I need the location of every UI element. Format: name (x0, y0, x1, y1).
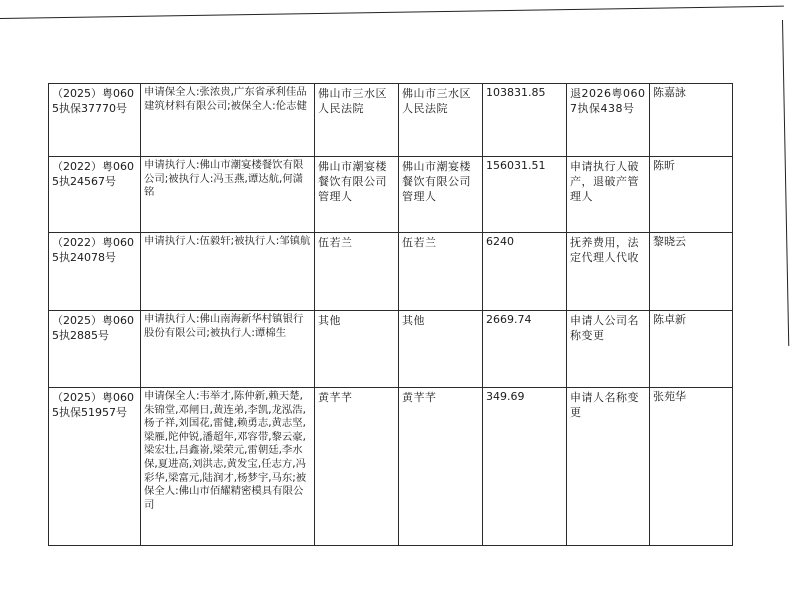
handler-cell: 张苑华 (650, 388, 733, 546)
reason-cell: 退2026粤0607执保438号 (567, 84, 650, 157)
reason-cell: 申请人名称变更 (567, 388, 650, 546)
case-number-cell: （2022）粤0605执24567号 (49, 157, 141, 233)
reason-cell: 抚养费用，法定代理人代收 (567, 233, 650, 311)
amount-cell: 156031.51 (483, 157, 567, 233)
payee-cell: 黄芊芊 (315, 388, 399, 546)
table-row: （2025）粤0605执保51957号 申请保全人:韦举才,陈仲新,赖天楚,朱锦… (49, 388, 733, 546)
amount-cell: 6240 (483, 233, 567, 311)
handler-cell: 黎晓云 (650, 233, 733, 311)
case-number-cell: （2025）粤0605执保37770号 (49, 84, 141, 157)
handler-cell: 陈卓新 (650, 311, 733, 388)
recipient-cell: 其他 (399, 311, 483, 388)
scan-page-edge-right (782, 20, 789, 346)
parties-cell: 申请保全人:张浓贵,广东省承利佳品建筑材料有限公司;被保全人:伦志健 (141, 84, 315, 157)
table-row: （2022）粤0605执24078号 申请执行人:伍毅轩;被执行人:邹镇航 伍若… (49, 233, 733, 311)
payee-cell: 伍若兰 (315, 233, 399, 311)
refund-records-table: （2025）粤0605执保37770号 申请保全人:张浓贵,广东省承利佳品建筑材… (48, 83, 733, 546)
recipient-cell: 佛山市三水区人民法院 (399, 84, 483, 157)
recipient-cell: 伍若兰 (399, 233, 483, 311)
parties-cell: 申请执行人:佛山南海新华村镇银行股份有限公司;被执行人:谭棉生 (141, 311, 315, 388)
parties-cell: 申请执行人:佛山市潮宴楼餐饮有限公司;被执行人:冯玉燕,谭达航,何潇铭 (141, 157, 315, 233)
table-row: （2022）粤0605执24567号 申请执行人:佛山市潮宴楼餐饮有限公司;被执… (49, 157, 733, 233)
amount-cell: 103831.85 (483, 84, 567, 157)
parties-cell: 申请执行人:伍毅轩;被执行人:邹镇航 (141, 233, 315, 311)
reason-cell: 申请执行人破产，退破产管理人 (567, 157, 650, 233)
payee-cell: 其他 (315, 311, 399, 388)
parties-cell: 申请保全人:韦举才,陈仲新,赖天楚,朱锦堂,邓闸日,黄连弟,李凯,龙泓浩,杨子祥… (141, 388, 315, 546)
recipient-cell: 黄芊芊 (399, 388, 483, 546)
reason-cell: 申请人公司名称变更 (567, 311, 650, 388)
amount-cell: 2669.74 (483, 311, 567, 388)
case-number-cell: （2025）粤0605执保51957号 (49, 388, 141, 546)
table-row: （2025）粤0605执保37770号 申请保全人:张浓贵,广东省承利佳品建筑材… (49, 84, 733, 157)
amount-cell: 349.69 (483, 388, 567, 546)
table-row: （2025）粤0605执2885号 申请执行人:佛山南海新华村镇银行股份有限公司… (49, 311, 733, 388)
case-number-cell: （2022）粤0605执24078号 (49, 233, 141, 311)
handler-cell: 陈昕 (650, 157, 733, 233)
case-number-cell: （2025）粤0605执2885号 (49, 311, 141, 388)
handler-cell: 陈嘉詠 (650, 84, 733, 157)
payee-cell: 佛山市潮宴楼餐饮有限公司管理人 (315, 157, 399, 233)
recipient-cell: 佛山市潮宴楼餐饮有限公司管理人 (399, 157, 483, 233)
payee-cell: 佛山市三水区人民法院 (315, 84, 399, 157)
scan-page-edge-top (0, 6, 784, 19)
